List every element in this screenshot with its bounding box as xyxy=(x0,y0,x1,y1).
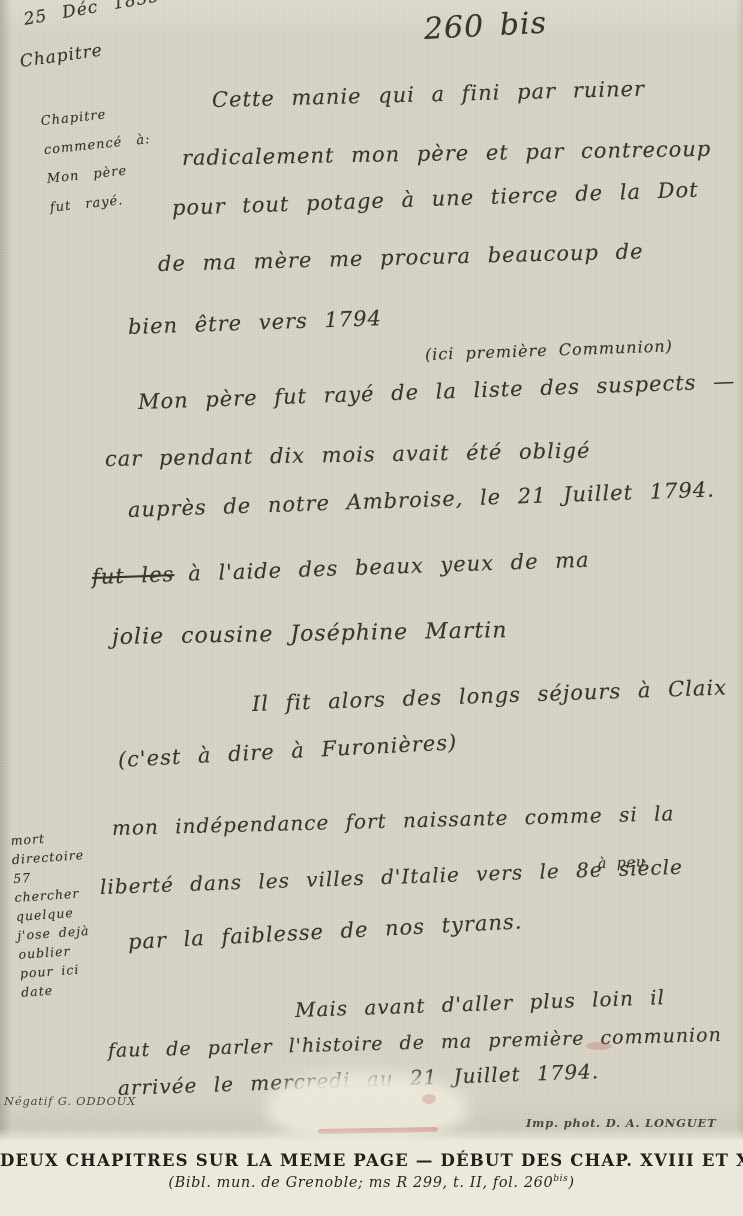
marginal-chapter-note: Chapitre xyxy=(19,40,104,71)
negative-credit: Négatif G. ODDOUX xyxy=(4,1094,136,1108)
manuscript-line-text: faut de parler l'histoire de ma première… xyxy=(108,1024,722,1062)
margin-note-top-line: commencé à: xyxy=(43,130,152,161)
manuscript-line: Mon père fut rayé de la liste des suspec… xyxy=(138,369,736,414)
manuscript-line-text: jolie cousine Joséphine Martin xyxy=(112,618,508,650)
manuscript-line-text: Cette manie qui a fini par ruiner xyxy=(212,77,646,112)
manuscript-line: (c'est à dire à Furonières) xyxy=(117,730,457,772)
manuscript-line: jolie cousine Joséphine Martin xyxy=(112,618,508,650)
manuscript-line: Mais avant d'aller plus loin il xyxy=(295,985,666,1022)
manuscript-line: pour tout potage à une tierce de la Dot xyxy=(172,178,699,220)
caption-title: DEUX CHAPITRES SUR LA MEME PAGE — DÉBUT … xyxy=(0,1151,743,1170)
manuscript-line-text: de ma mère me procura beaucoup de xyxy=(158,239,644,276)
margin-note-left: mort directoire 57 chercher quelque j'os… xyxy=(10,827,94,1003)
manuscript-line: liberté dans les villes d'Italie vers le… xyxy=(100,855,684,899)
margin-note-top-line: Mon père xyxy=(46,159,155,190)
manuscript-line: Il fit alors des longs séjours à Claix xyxy=(252,675,728,716)
manuscript-line-text: auprès de notre Ambroise, le 21 Juillet … xyxy=(128,478,716,522)
plate-damage-blob xyxy=(278,1082,458,1132)
manuscript-line-text: mon indépendance fort naissante comme si… xyxy=(112,801,675,840)
manuscript-line: mon indépendance fort naissante comme si… xyxy=(112,801,675,840)
marginal-date-note: 25 Déc 1835 xyxy=(22,0,161,30)
plate-caption-area: DEUX CHAPITRES SUR LA MEME PAGE — DÉBUT … xyxy=(0,1140,743,1216)
manuscript-line-text: liberté dans les villes d'Italie vers le… xyxy=(100,855,684,899)
printer-credit: Imp. phot. D. A. LONGUET xyxy=(526,1116,716,1130)
manuscript-line: par la faiblesse de nos tyrans. xyxy=(127,909,523,954)
manuscript-line: de ma mère me procura beaucoup de xyxy=(158,239,644,276)
manuscript-line-text: car pendant dix mois avait été obligé xyxy=(105,439,591,471)
manuscript-line-text: Il fit alors des longs séjours à Claix xyxy=(252,675,728,716)
caption-source-superscript: bis xyxy=(553,1174,568,1184)
manuscript-line-text: Mais avant d'aller plus loin il xyxy=(295,985,666,1022)
struck-word: fut les xyxy=(92,562,175,589)
manuscript-line-text: bien être vers 1794 xyxy=(128,306,383,339)
margin-note-top-line: fut rayé. xyxy=(49,188,158,219)
manuscript-line-text: (c'est à dire à Furonières) xyxy=(117,730,457,772)
manuscript-line: fut lesà l'aide des beaux yeux de ma xyxy=(92,548,590,589)
manuscript-line: radicalement mon père et par contrecoup xyxy=(182,137,712,170)
manuscript-line: auprès de notre Ambroise, le 21 Juillet … xyxy=(128,478,716,522)
manuscript-line: car pendant dix mois avait été obligé xyxy=(105,439,591,471)
margin-note-top-line: Chapitre xyxy=(40,101,149,132)
margin-note-left-line: date xyxy=(21,979,94,1001)
caption-source-closing: ) xyxy=(568,1175,574,1191)
margin-note-top: Chapitre commencé à: Mon père fut rayé. xyxy=(40,101,159,228)
manuscript-line-text: pour tout potage à une tierce de la Dot xyxy=(172,178,699,220)
folio-number: 260 bis xyxy=(423,6,548,47)
manuscript-photo-plate: 25 Déc 1835 Chapitre Chapitre commencé à… xyxy=(0,0,743,1140)
manuscript-line-text: Mon père fut rayé de la liste des suspec… xyxy=(138,369,736,414)
manuscript-line-text: radicalement mon père et par contrecoup xyxy=(182,137,712,170)
manuscript-line: Cette manie qui a fini par ruiner xyxy=(212,77,646,112)
interline-note-text: (ici première Communion) xyxy=(425,336,673,364)
manuscript-line: bien être vers 1794 xyxy=(128,306,383,339)
manuscript-line: faut de parler l'histoire de ma première… xyxy=(108,1024,722,1062)
red-mark xyxy=(422,1094,436,1104)
caption-source: (Bibl. mun. de Grenoble; ms R 299, t. II… xyxy=(0,1174,743,1191)
manuscript-line-text: par la faiblesse de nos tyrans. xyxy=(127,909,523,954)
caption-source-text: (Bibl. mun. de Grenoble; ms R 299, t. II… xyxy=(168,1175,553,1191)
interline-note: (ici première Communion) xyxy=(425,336,673,364)
red-mark xyxy=(586,1042,612,1050)
manuscript-line-text: à l'aide des beaux yeux de ma xyxy=(188,548,590,586)
